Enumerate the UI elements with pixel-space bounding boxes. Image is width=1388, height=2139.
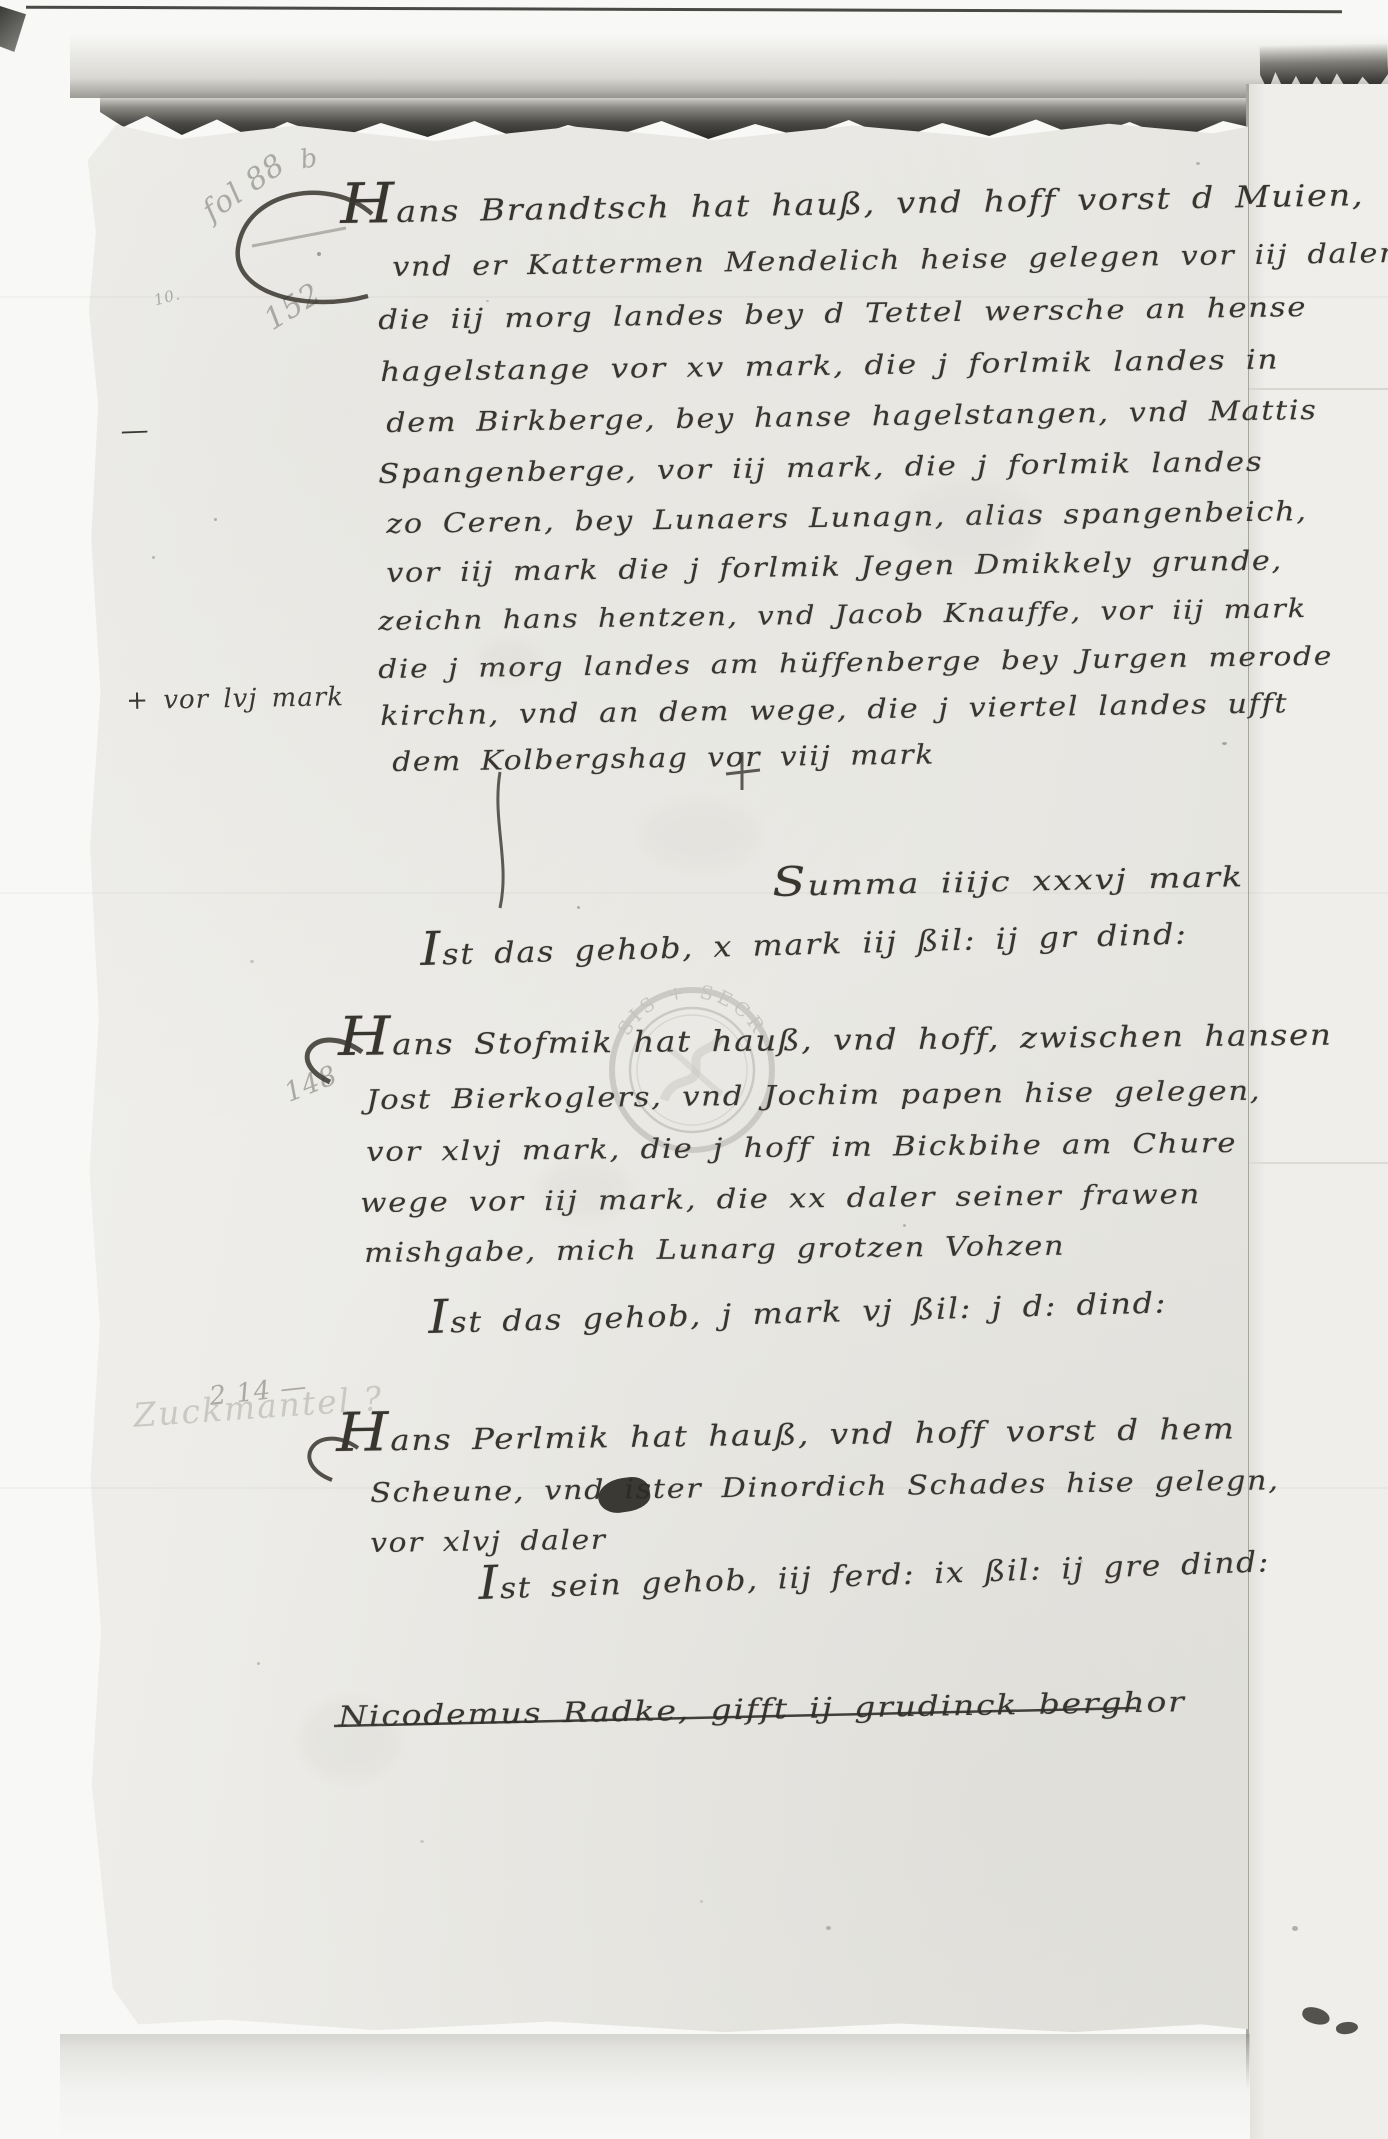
page-bottom-shadow	[60, 2034, 1250, 2139]
paper-stain	[640, 800, 760, 870]
underlying-page-edge	[1246, 84, 1388, 2139]
paper-stain	[900, 480, 1040, 570]
paper-speck	[1222, 742, 1227, 745]
paper-speck	[420, 1840, 424, 1843]
paper-speck	[486, 300, 489, 302]
paper-speck	[250, 960, 254, 963]
ink-margin-dash: —	[120, 413, 150, 447]
paper-stain	[540, 1160, 630, 1220]
ink-margin-addition: + vor lvj mark	[126, 682, 344, 716]
scan-edge-line	[26, 6, 1342, 14]
paper-speck	[826, 1926, 831, 1930]
paper-speck	[1196, 162, 1200, 165]
crease-line	[1249, 388, 1388, 390]
crease-line	[1249, 1162, 1388, 1164]
paper-speck	[700, 1900, 703, 1903]
paper-speck	[1080, 1560, 1083, 1563]
paper-speck	[903, 1224, 906, 1227]
paper-speck	[152, 556, 155, 559]
page-top-shadow	[70, 34, 1388, 98]
paper-stain	[300, 1700, 400, 1780]
archive-seal: SIS + SECR	[604, 982, 780, 1158]
paper-stain	[480, 640, 540, 680]
scan-corner-mark	[0, 6, 26, 52]
entry3-line3: vor xlvj daler	[370, 1525, 607, 1559]
paper-speck	[577, 906, 580, 909]
paper-speck	[214, 518, 217, 521]
manuscript-scan: SIS + SECR Hans Brandtsch hat hauß, vnd …	[0, 0, 1388, 2139]
paper-speck	[1292, 1926, 1298, 1931]
paper-speck	[317, 252, 321, 256]
paper-speck	[668, 470, 671, 473]
paper-speck	[257, 1662, 260, 1665]
